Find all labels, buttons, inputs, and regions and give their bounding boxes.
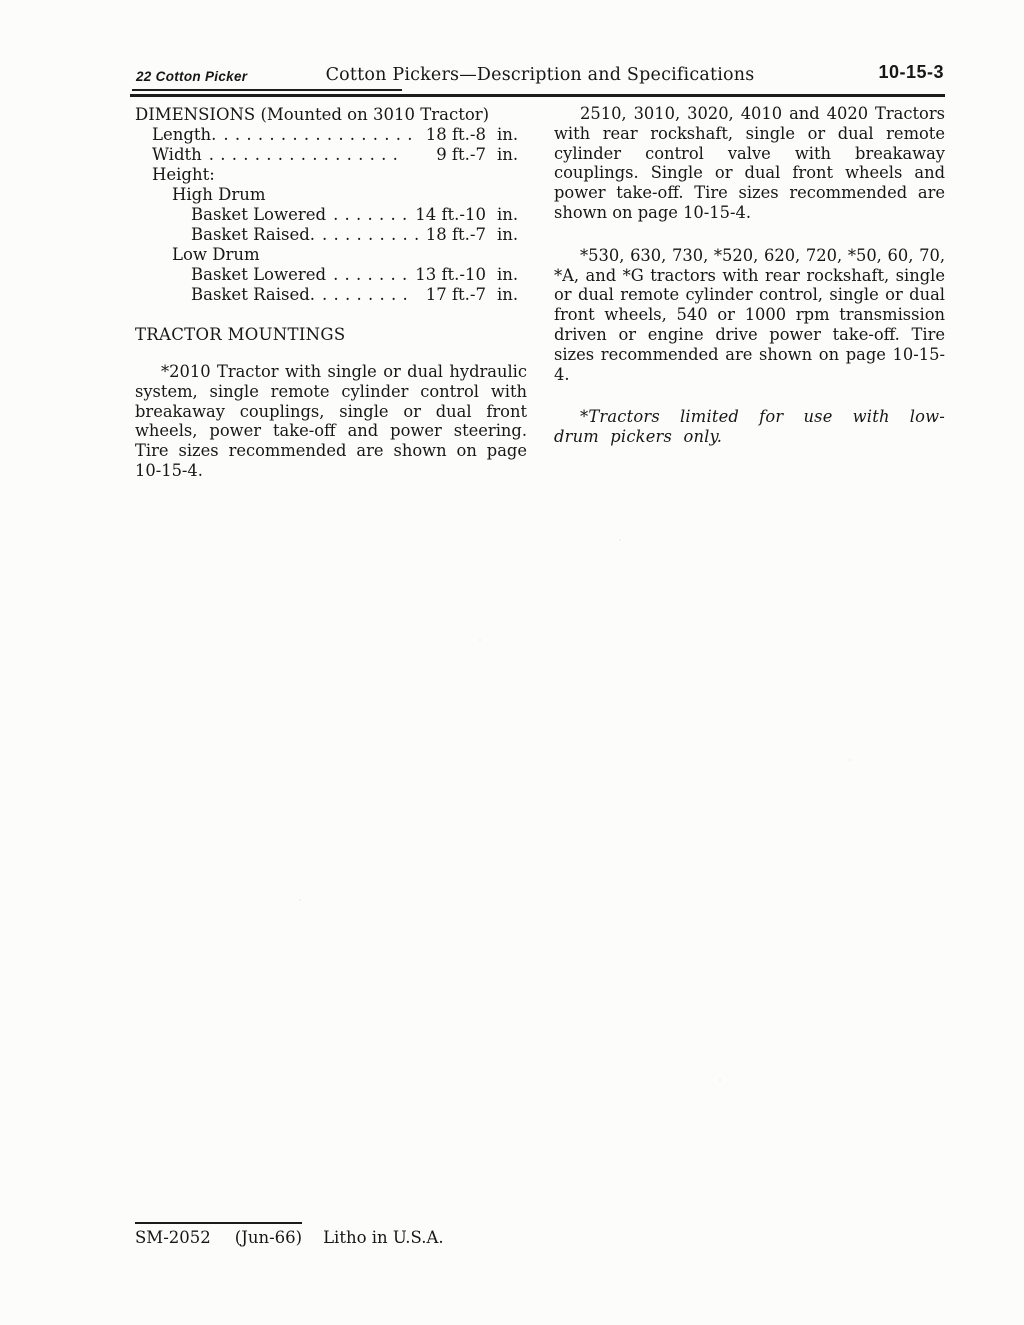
low-drum-note: *Tractors limited for use with low-drum … <box>554 407 945 447</box>
spec-row-basket-raised-high: Basket Raised. . . . . . . . . . 18 ft.-… <box>135 225 527 245</box>
spec-unit: in. <box>497 205 527 225</box>
spec-row-low-drum: Low Drum <box>135 245 527 265</box>
spec-unit: in. <box>497 285 527 305</box>
litho-label: Litho in U.S.A. <box>323 1228 444 1247</box>
tractors-legacy-paragraph: *530, 630, 730, *520, 620, 720, *50, 60,… <box>554 246 945 385</box>
spec-unit: in. <box>497 265 527 285</box>
footer-doc-group: SM-2052(Jun-66) <box>135 1222 302 1247</box>
spec-label: Width <box>135 145 202 165</box>
spec-label: Basket Raised. <box>135 285 315 305</box>
spec-value: 13 ft.-10 <box>415 265 486 285</box>
spec-value: 18 ft.-7 <box>426 225 486 245</box>
spec-unit: in. <box>497 125 527 145</box>
dot-leader: . . . . . . . <box>333 265 408 285</box>
spec-label: Basket Lowered <box>135 265 326 285</box>
spec-value: 18 ft.-8 <box>426 125 486 145</box>
spec-row-basket-lowered-low: Basket Lowered . . . . . . . 13 ft.-10 i… <box>135 265 527 285</box>
spec-unit: in. <box>497 225 527 245</box>
dimensions-heading: DIMENSIONS (Mounted on 3010 Tractor) <box>135 104 527 125</box>
manual-page: 22 Cotton Picker Cotton Pickers—Descript… <box>0 0 1024 1325</box>
spec-row-width: Width . . . . . . . . . . . . . . . . . … <box>135 145 527 165</box>
spec-label: Height: <box>135 165 215 185</box>
chapter-label-underline <box>132 89 402 91</box>
content-columns: DIMENSIONS (Mounted on 3010 Tractor) Len… <box>135 104 945 481</box>
tractor-mountings-heading: TRACTOR MOUNTINGS <box>135 324 527 345</box>
dot-leader: . . . . . . . <box>333 205 408 225</box>
page-number: 10-15-3 <box>878 62 944 83</box>
spec-row-height: Height: <box>135 165 527 185</box>
spec-unit: in. <box>497 145 527 165</box>
dot-leader: . . . . . . . . <box>322 285 408 305</box>
page-title: Cotton Pickers—Description and Specifica… <box>135 65 945 85</box>
spec-label: Low Drum <box>135 245 260 265</box>
spec-row-high-drum: High Drum <box>135 185 527 205</box>
spec-label: Length. <box>135 125 216 145</box>
doc-number: SM-2052 <box>135 1228 211 1247</box>
tractors-new-generation-paragraph: 2510, 3010, 3020, 4010 and 4020 Tractors… <box>554 104 945 223</box>
left-column: DIMENSIONS (Mounted on 3010 Tractor) Len… <box>135 104 527 481</box>
doc-revision: (Jun-66) <box>235 1228 302 1247</box>
spec-label: Basket Lowered <box>135 205 326 225</box>
dot-leader: . . . . . . . . . <box>322 225 420 245</box>
spec-value: 17 ft.-7 <box>426 285 486 305</box>
spec-row-length: Length. . . . . . . . . . . . . . . . . … <box>135 125 527 145</box>
spec-value: 9 ft.-7 <box>436 145 486 165</box>
dot-leader: . . . . . . . . . . . . . . . . . <box>223 125 413 145</box>
spec-label: High Drum <box>135 185 266 205</box>
dimensions-table: Length. . . . . . . . . . . . . . . . . … <box>135 125 527 305</box>
spec-row-basket-raised-low: Basket Raised. . . . . . . . . 17 ft.-7 … <box>135 285 527 305</box>
header-rule <box>130 94 945 97</box>
page-footer: SM-2052(Jun-66)Litho in U.S.A. <box>135 1222 444 1247</box>
tractor-2010-paragraph: *2010 Tractor with single or dual hydrau… <box>135 362 527 481</box>
right-column: 2510, 3010, 3020, 4010 and 4020 Tractors… <box>554 104 945 481</box>
spec-value: 14 ft.-10 <box>415 205 486 225</box>
dot-leader: . . . . . . . . . . . . . . . . . <box>209 145 399 165</box>
spec-label: Basket Raised. <box>135 225 315 245</box>
spec-row-basket-lowered-high: Basket Lowered . . . . . . . 14 ft.-10 i… <box>135 205 527 225</box>
